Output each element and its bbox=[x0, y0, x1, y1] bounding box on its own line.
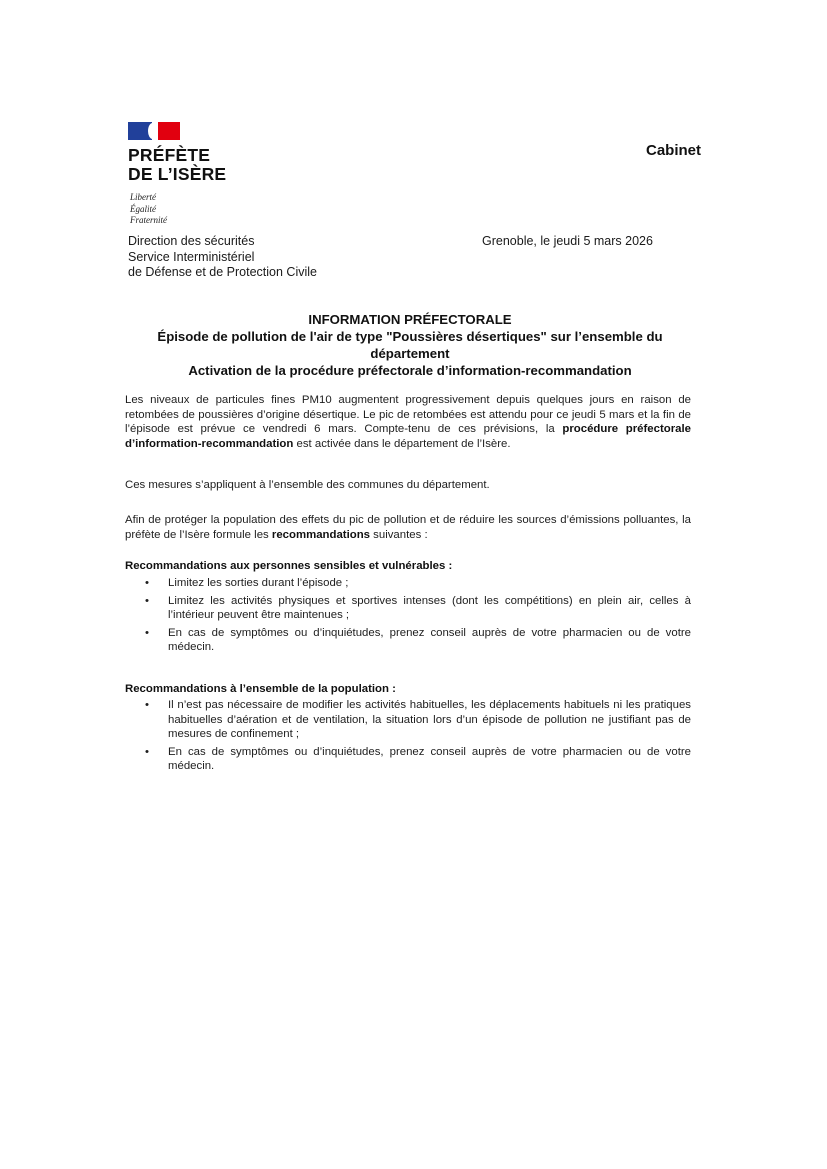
bullet-icon: • bbox=[145, 576, 149, 591]
list-item-text: En cas de symptômes ou d’inquiétudes, pr… bbox=[168, 746, 691, 773]
document-title: INFORMATION PRÉFECTORALE Épisode de poll… bbox=[124, 311, 696, 379]
marianne-flag-icon bbox=[128, 122, 180, 140]
list-item: •Il n’est pas nécessaire de modifier les… bbox=[125, 698, 691, 742]
prefecture-name-line-2: DE L’ISÈRE bbox=[128, 165, 226, 184]
list-item: •En cas de symptômes ou d’inquiétudes, p… bbox=[125, 745, 691, 774]
devise-fraternite: Fraternité bbox=[130, 215, 167, 227]
service-block: Direction des sécurités Service Intermin… bbox=[128, 234, 317, 281]
service-line: de Défense et de Protection Civile bbox=[128, 265, 317, 281]
paragraph-text: suivantes : bbox=[370, 529, 428, 541]
flag-red-band bbox=[158, 122, 180, 140]
list-item-text: En cas de symptômes ou d’inquiétudes, pr… bbox=[168, 627, 691, 654]
prefecture-name-line-1: PRÉFÈTE bbox=[128, 146, 226, 165]
section-heading-population: Recommandations à l’ensemble de la popul… bbox=[125, 683, 396, 695]
service-line: Service Interministériel bbox=[128, 250, 317, 266]
bullet-icon: • bbox=[145, 626, 149, 641]
paragraph-scope: Ces mesures s’appliquent à l’ensemble de… bbox=[125, 478, 691, 493]
recommendations-vulnerable-list: •Limitez les sorties durant l’épisode ; … bbox=[125, 576, 691, 658]
paragraph-intro: Les niveaux de particules fines PM10 aug… bbox=[125, 393, 691, 451]
list-item-text: Limitez les sorties durant l’épisode ; bbox=[168, 577, 348, 589]
paragraph-bold: recommandations bbox=[272, 529, 370, 541]
bullet-icon: • bbox=[145, 594, 149, 609]
paragraph-recommendations-intro: Afin de protéger la population des effet… bbox=[125, 513, 691, 542]
date-line: Grenoble, le jeudi 5 mars 2026 bbox=[482, 234, 653, 248]
title-line-3: Activation de la procédure préfectorale … bbox=[124, 362, 696, 379]
devise-egalite: Égalité bbox=[130, 204, 167, 216]
list-item-text: Il n’est pas nécessaire de modifier les … bbox=[168, 699, 691, 740]
title-line-1: INFORMATION PRÉFECTORALE bbox=[124, 311, 696, 328]
title-line-2: Épisode de pollution de l'air de type "P… bbox=[124, 328, 696, 362]
prefecture-name: PRÉFÈTE DE L’ISÈRE bbox=[128, 146, 226, 184]
list-item-text: Limitez les activités physiques et sport… bbox=[168, 595, 691, 622]
list-item: •En cas de symptômes ou d’inquiétudes, p… bbox=[125, 626, 691, 655]
section-heading-vulnerable: Recommandations aux personnes sensibles … bbox=[125, 560, 452, 572]
recommendations-population-list: •Il n’est pas nécessaire de modifier les… bbox=[125, 698, 691, 777]
bullet-icon: • bbox=[145, 745, 149, 760]
paragraph-text: est activée dans le département de l’Isè… bbox=[293, 438, 510, 450]
cabinet-label: Cabinet bbox=[646, 142, 701, 159]
service-line: Direction des sécurités bbox=[128, 234, 317, 250]
bullet-icon: • bbox=[145, 698, 149, 713]
list-item: •Limitez les sorties durant l’épisode ; bbox=[125, 576, 691, 591]
list-item: •Limitez les activités physiques et spor… bbox=[125, 594, 691, 623]
devise-liberte: Liberté bbox=[130, 192, 167, 204]
devise: Liberté Égalité Fraternité bbox=[130, 192, 167, 227]
